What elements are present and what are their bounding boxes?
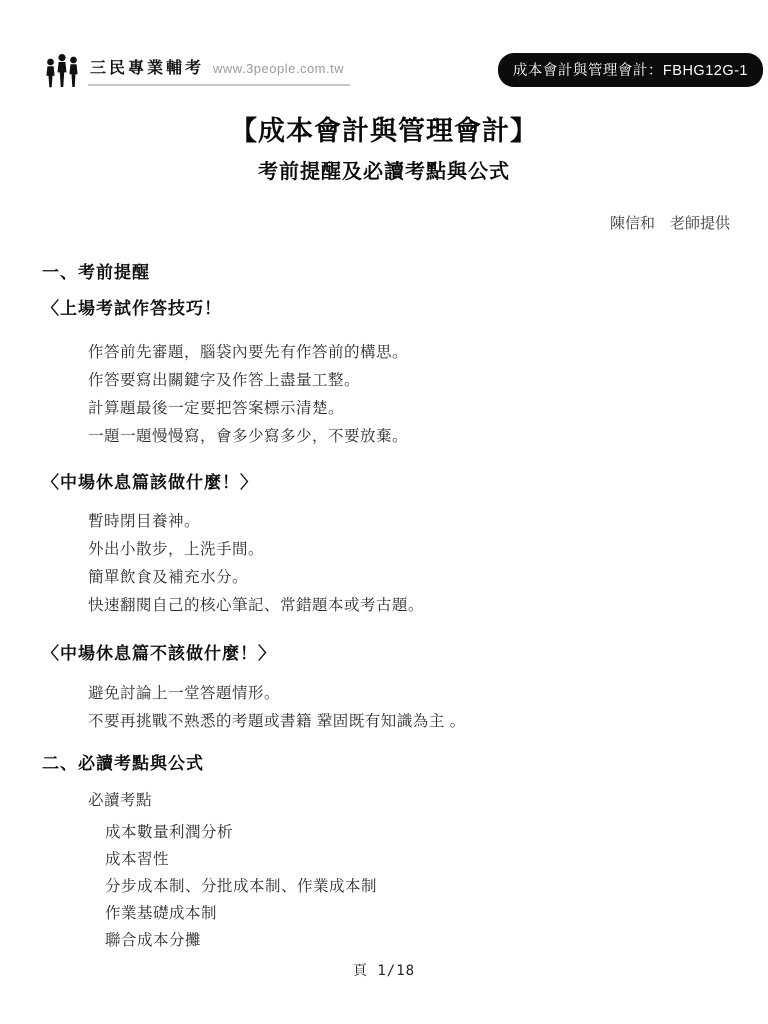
tip-line: 計算題最後一定要把答案標示清楚。: [88, 395, 730, 423]
tip-line: 快速翻閱自己的核心筆記、常錯題本或考古題。: [88, 592, 730, 620]
tip-line: 簡單飲食及補充水分。: [88, 564, 730, 592]
brand-logo: 三民專業輔考 www.3people.com.tw: [45, 52, 350, 90]
tip-line: 不要再挑戰不熟悉的考題或書籍 鞏固既有知識為主 。: [88, 708, 730, 736]
brand-name: 三民專業輔考: [90, 55, 204, 78]
topic-item: 聯合成本分攤: [105, 927, 730, 954]
subsection-heading: 〈上場考試作答技巧！: [42, 298, 730, 320]
tip-list: 暫時閉目養神。 外出小散步，上洗手間。 簡單飲食及補充水分。 快速翻閱自己的核心…: [88, 508, 730, 620]
subsection-heading: 〈中場休息篇不該做什麼！〉: [42, 643, 730, 665]
brand-text-underlined: 三民專業輔考 www.3people.com.tw: [88, 52, 350, 86]
topic-item: 成本習性: [105, 846, 730, 873]
topic-list: 成本數量利潤分析 成本習性 分步成本制、分批成本制、作業成本制 作業基礎成本制 …: [105, 819, 730, 954]
document-subtitle: 考前提醒及必讀考點與公式: [0, 160, 768, 184]
page-number: 頁 1/18: [0, 960, 768, 980]
tip-line: 避免討論上一堂答題情形。: [88, 680, 730, 708]
topic-item: 分步成本制、分批成本制、作業成本制: [105, 873, 730, 900]
section-heading-1: 一、考前提醒: [42, 262, 730, 284]
tip-line: 外出小散步，上洗手間。: [88, 536, 730, 564]
tip-line: 一題一題慢慢寫，會多少寫多少，不要放棄。: [88, 423, 730, 451]
document-title: 【成本會計與管理會計】: [0, 116, 768, 147]
author-byline: 陳信和 老師提供: [0, 215, 768, 233]
tip-list: 避免討論上一堂答題情形。 不要再挑戰不熟悉的考題或書籍 鞏固既有知識為主 。: [88, 680, 730, 736]
document-body: 一、考前提醒 〈上場考試作答技巧！ 作答前先審題，腦袋內要先有作答前的構思。 作…: [0, 262, 768, 954]
tip-list: 作答前先審題，腦袋內要先有作答前的構思。 作答要寫出關鍵字及作答上盡量工整。 計…: [88, 339, 730, 451]
subsection-heading: 〈中場休息篇該做什麼！〉: [42, 472, 730, 494]
document-page: 三民專業輔考 www.3people.com.tw 成本會計與管理會計：FBHG…: [0, 0, 768, 1024]
three-people-icon: [45, 53, 79, 90]
course-code-badge: 成本會計與管理會計：FBHG12G-1: [498, 53, 763, 87]
brand-url: www.3people.com.tw: [213, 61, 344, 76]
tip-line: 作答要寫出關鍵字及作答上盡量工整。: [88, 367, 730, 395]
topic-list-title: 必讀考點: [88, 791, 730, 811]
page-header: 三民專業輔考 www.3people.com.tw 成本會計與管理會計：FBHG…: [0, 0, 768, 90]
topic-item: 作業基礎成本制: [105, 900, 730, 927]
section-heading-2: 二、必讀考點與公式: [42, 753, 730, 775]
topic-item: 成本數量利潤分析: [105, 819, 730, 846]
tip-line: 暫時閉目養神。: [88, 508, 730, 536]
tip-line: 作答前先審題，腦袋內要先有作答前的構思。: [88, 339, 730, 367]
